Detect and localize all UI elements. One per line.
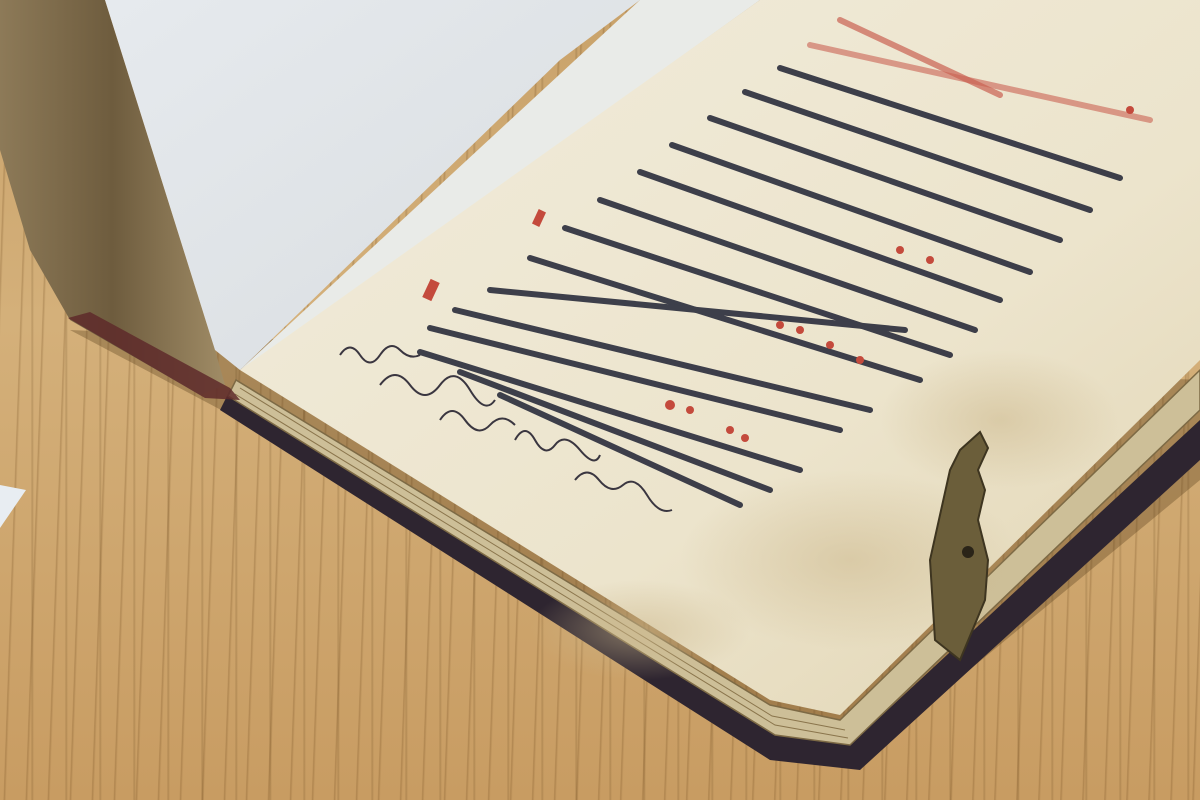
- clasp-rivet: [962, 546, 974, 558]
- paper-fragment: [0, 485, 26, 528]
- manuscript-photo: [0, 0, 1200, 800]
- wooden-table: [0, 0, 1200, 800]
